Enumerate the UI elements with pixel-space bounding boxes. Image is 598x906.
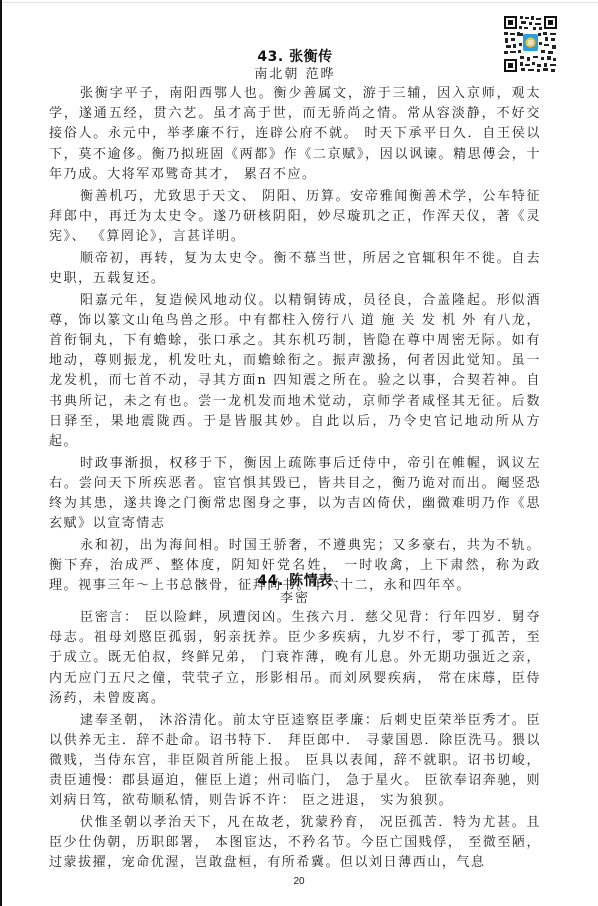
article-author: 南北朝 范晔 — [49, 66, 541, 84]
article-author: 李密 — [49, 590, 541, 608]
article-chen-qing-biao: 44. 陈情表 李密 臣密言： 臣以险衅，夙遭闵凶。生孩六月．慈父见背：行年四岁… — [49, 572, 541, 875]
paragraph: 逮奉圣朝， 沐浴清化。前太守臣逵察臣孝廉：后刺史臣荣举臣秀才。臣以供养无主．辞不… — [49, 711, 541, 812]
article-title: 43. 张衡传 — [49, 48, 541, 66]
paragraph: 臣密言： 臣以险衅，夙遭闵凶。生孩六月．慈父见背：行年四岁．舅夺母志。祖母刘愍臣… — [49, 608, 541, 709]
top-edge-line — [2, 2, 598, 3]
article-title: 44. 陈情表 — [49, 572, 541, 590]
paragraph: 伏惟圣朝以孝治天下，凡在故老，犹蒙矜育， 况臣孤苦．特为尤甚。且臣少仕伪朝，历职… — [49, 813, 541, 874]
article-zhang-heng-biography: 43. 张衡传 南北朝 范晔 张衡字平子，南阳西鄂人也。衡少善属文，游于三辅，因… — [49, 48, 541, 598]
paragraph: 时政事渐损，权移于下，衡因上疏陈事后迁侍中，帝引在帷幄，讽议左右。尝问天下所疾恶… — [49, 454, 541, 535]
paragraph: 衡善机巧，尤致思于天文、 阴阳、历算。安帝雅闻衡善术学，公车特征拜郎中，再迁为太… — [49, 187, 541, 248]
page-number: 20 — [0, 876, 598, 887]
paragraph: 阳嘉元年，复造候风地动仪。以精铜铸成，员径良，合盖隆起。形似酒尊，饰以篆文山龟鸟… — [49, 291, 541, 453]
left-edge-border — [0, 0, 2, 906]
paragraph: 顺帝初，再转，复为太史令。衡不慕当世，所居之官辄积年不徙。自去史职，五载复还。 — [49, 249, 541, 289]
paragraph: 张衡字平子，南阳西鄂人也。衡少善属文，游于三辅，因入京师，观太学，遂通五经，贯六… — [49, 84, 541, 185]
